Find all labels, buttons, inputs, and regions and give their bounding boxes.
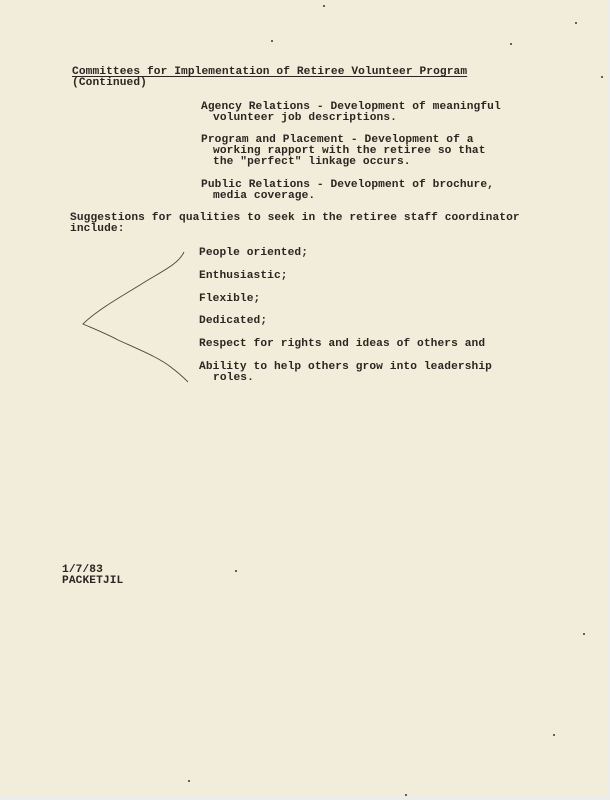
scan-speck: [188, 780, 190, 782]
scan-speck: [323, 5, 325, 7]
scan-speck: [271, 40, 273, 42]
scan-speck: [601, 76, 603, 78]
scan-speck: [405, 794, 407, 796]
scan-speck: [553, 734, 555, 736]
scan-speck: [510, 43, 512, 45]
scan-speck: [575, 22, 577, 24]
footer-code: PACKETJIL: [62, 576, 123, 587]
scan-speck: [583, 633, 585, 635]
scan-speck: [235, 570, 237, 572]
document-page: Committees for Implementation of Retiree…: [0, 0, 607, 795]
handwritten-brace-mark: [0, 0, 607, 795]
